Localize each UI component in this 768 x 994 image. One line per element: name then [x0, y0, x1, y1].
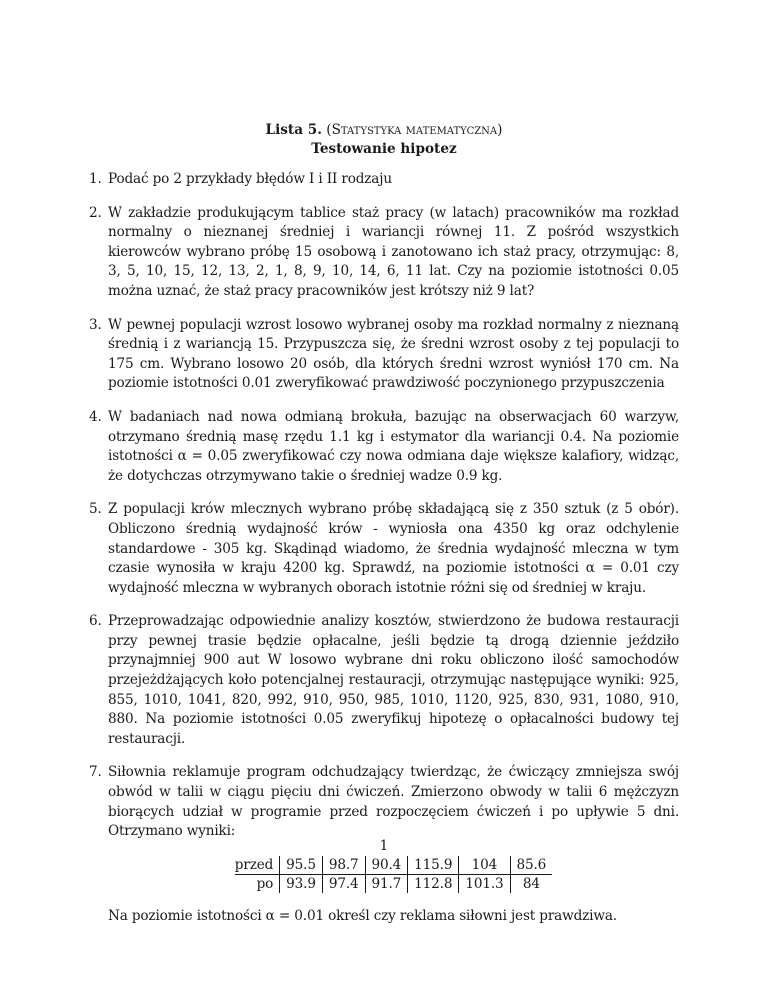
page-title: Testowanie hipotez [0, 140, 768, 159]
page-number: 1 [0, 838, 768, 854]
problem-text: Podać po 2 przykłady błędów I i II rodza… [108, 170, 679, 190]
problem-text: W pewnej populacji wzrost losowo wybrane… [108, 316, 679, 394]
waist-measurements-table: przed 95.5 98.7 90.4 115.9 104 85.6 po 9… [235, 856, 552, 893]
table-cell: 112.8 [408, 874, 459, 893]
table-cell: 104 [459, 856, 510, 875]
problem-number: 5. [89, 500, 102, 520]
problem-list: 1. Podać po 2 przykłady błędów I i II ro… [89, 170, 679, 940]
problem-number: 1. [89, 170, 102, 190]
title-block: Lista 5. (Statystyka matematyczna) Testo… [0, 121, 768, 159]
problem-6: 6. Przeprowadzając odpowiednie analizy k… [89, 612, 679, 749]
course-name: (Statystyka matematyczna) [326, 122, 502, 138]
table-cell: 95.5 [280, 856, 323, 875]
problem-number: 6. [89, 612, 102, 632]
table-cell: 98.7 [322, 856, 365, 875]
list-label: Lista 5. [266, 122, 322, 138]
problem-text: Z populacji krów mlecznych wybrano próbę… [108, 500, 679, 598]
table-cell: 97.4 [322, 874, 365, 893]
problem-number: 3. [89, 316, 102, 336]
table-cell: 115.9 [408, 856, 459, 875]
problem-text: Przeprowadzając odpowiednie analizy kosz… [108, 612, 679, 749]
problem-conclusion: Na poziomie istotności α = 0.01 określ c… [108, 907, 679, 927]
table-cell: 90.4 [365, 856, 408, 875]
table-cell: 93.9 [280, 874, 323, 893]
document-page: Lista 5. (Statystyka matematyczna) Testo… [0, 0, 768, 994]
row-label: przed [235, 856, 280, 875]
table-cell: 101.3 [459, 874, 510, 893]
problem-text: Siłownia reklamuje program odchudzający … [108, 763, 679, 841]
problem-text: W badaniach nad nowa odmianą brokuła, ba… [108, 408, 679, 486]
problem-5: 5. Z populacji krów mlecznych wybrano pr… [89, 500, 679, 598]
title-line: Lista 5. (Statystyka matematyczna) [0, 121, 768, 140]
row-label: po [235, 874, 280, 893]
problem-2: 2. W zakładzie produkującym tablice staż… [89, 204, 679, 302]
table-row-before: przed 95.5 98.7 90.4 115.9 104 85.6 [235, 856, 552, 875]
problem-1: 1. Podać po 2 przykłady błędów I i II ro… [89, 170, 679, 190]
table-cell: 84 [510, 874, 552, 893]
problem-number: 2. [89, 204, 102, 224]
problem-4: 4. W badaniach nad nowa odmianą brokuła,… [89, 408, 679, 486]
table-row-after: po 93.9 97.4 91.7 112.8 101.3 84 [235, 874, 552, 893]
problem-number: 7. [89, 763, 102, 783]
table-cell: 91.7 [365, 874, 408, 893]
problem-3: 3. W pewnej populacji wzrost losowo wybr… [89, 316, 679, 394]
problem-number: 4. [89, 408, 102, 428]
problem-text: W zakładzie produkującym tablice staż pr… [108, 204, 679, 302]
table-cell: 85.6 [510, 856, 552, 875]
